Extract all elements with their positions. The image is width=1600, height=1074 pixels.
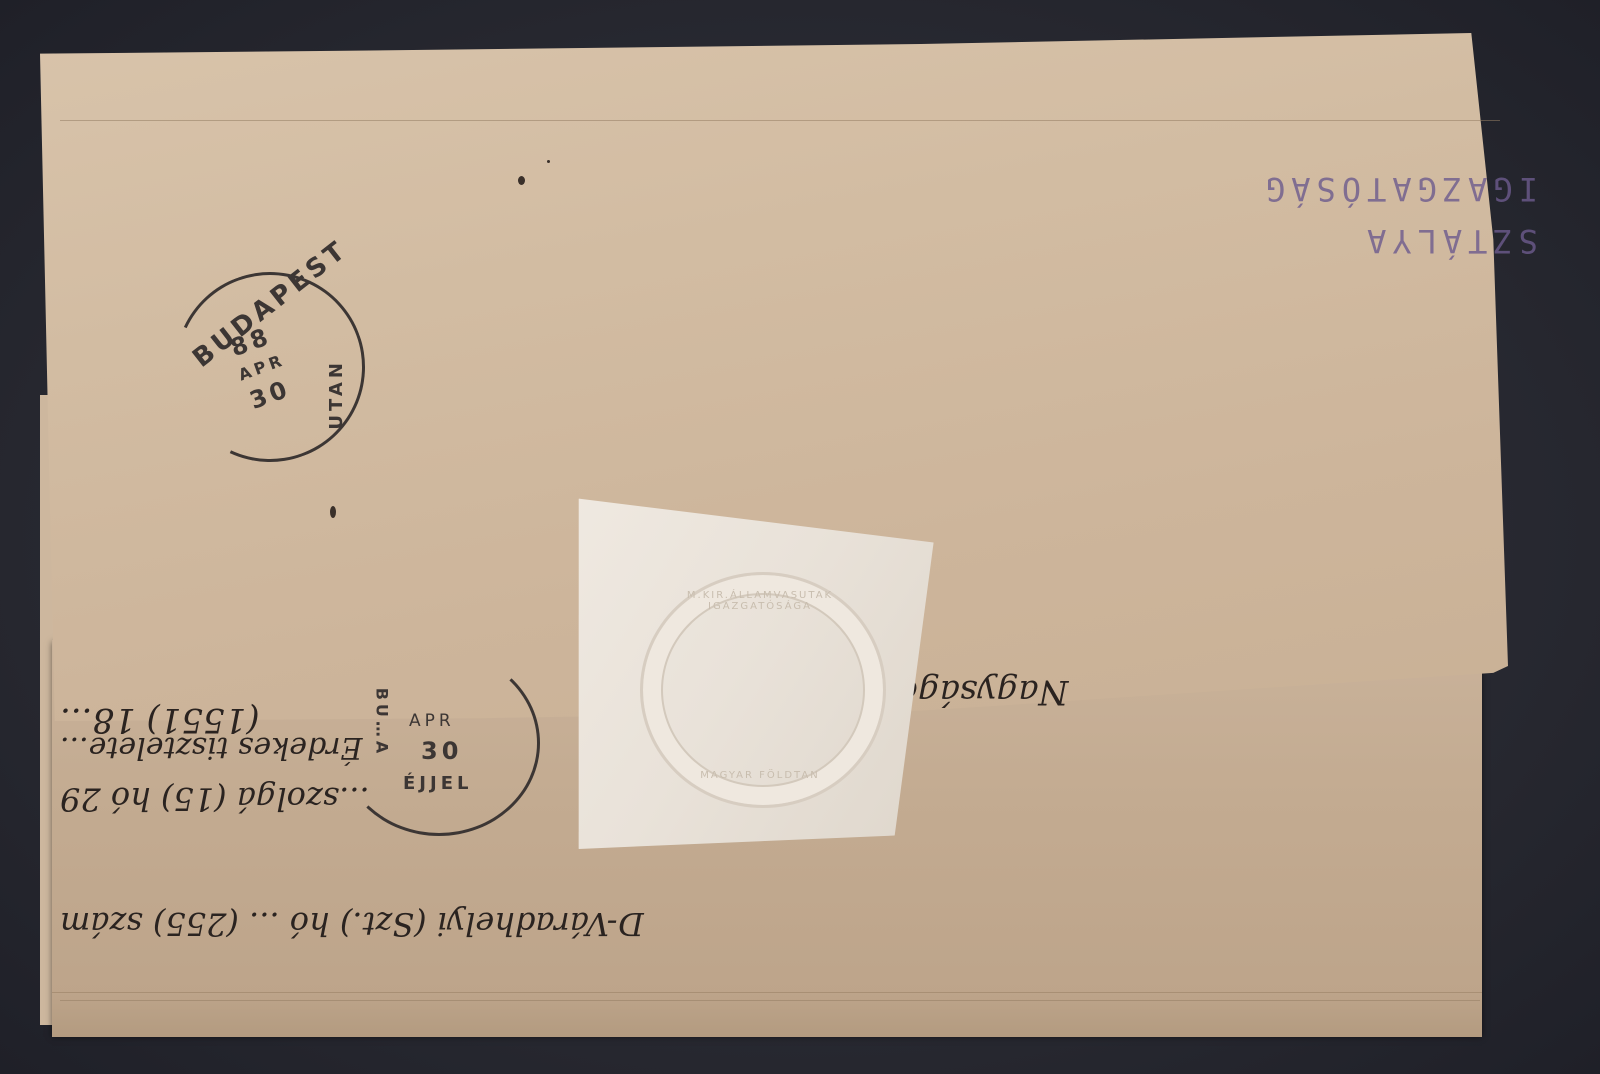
ink-speck: [547, 160, 550, 163]
purple-handstamp: SZTÁLYA IGAZGATÓSÁG: [1260, 170, 1538, 260]
seal-top-text: M.KIR.ÁLLAMVASUTAK IGAZGATÓSÁGA: [650, 590, 870, 612]
fold-crease: [60, 1000, 1480, 1001]
ejjel-postmark: BU…A APR 30 ÉJJEL: [338, 650, 540, 836]
postmark-city: BU…A: [372, 688, 391, 758]
handstamp-line-2: IGAZGATÓSÁG: [1260, 170, 1538, 208]
handwritten-line: ...szolgá (15) hó 29: [60, 780, 370, 818]
postmark-time: UTAN: [326, 359, 347, 430]
fold-crease: [60, 120, 1500, 121]
postmark-time: ÉJJEL: [403, 773, 472, 794]
handwritten-line: D-Váradhelyi (Szt.) hó ... (255) szám: [60, 905, 644, 943]
ink-speck: [518, 176, 525, 185]
postmark-month: APR: [409, 711, 455, 731]
handstamp-line-1: SZTÁLYA: [1260, 222, 1538, 260]
seal-bottom-text: MAGYAR FÖLDTAN: [650, 770, 870, 781]
postmark-day: 30: [421, 737, 462, 765]
ink-speck: [330, 506, 336, 518]
handwritten-line: Érdekes tisztelete...: [60, 730, 363, 765]
letter-bottom-fold: [52, 992, 1482, 1037]
